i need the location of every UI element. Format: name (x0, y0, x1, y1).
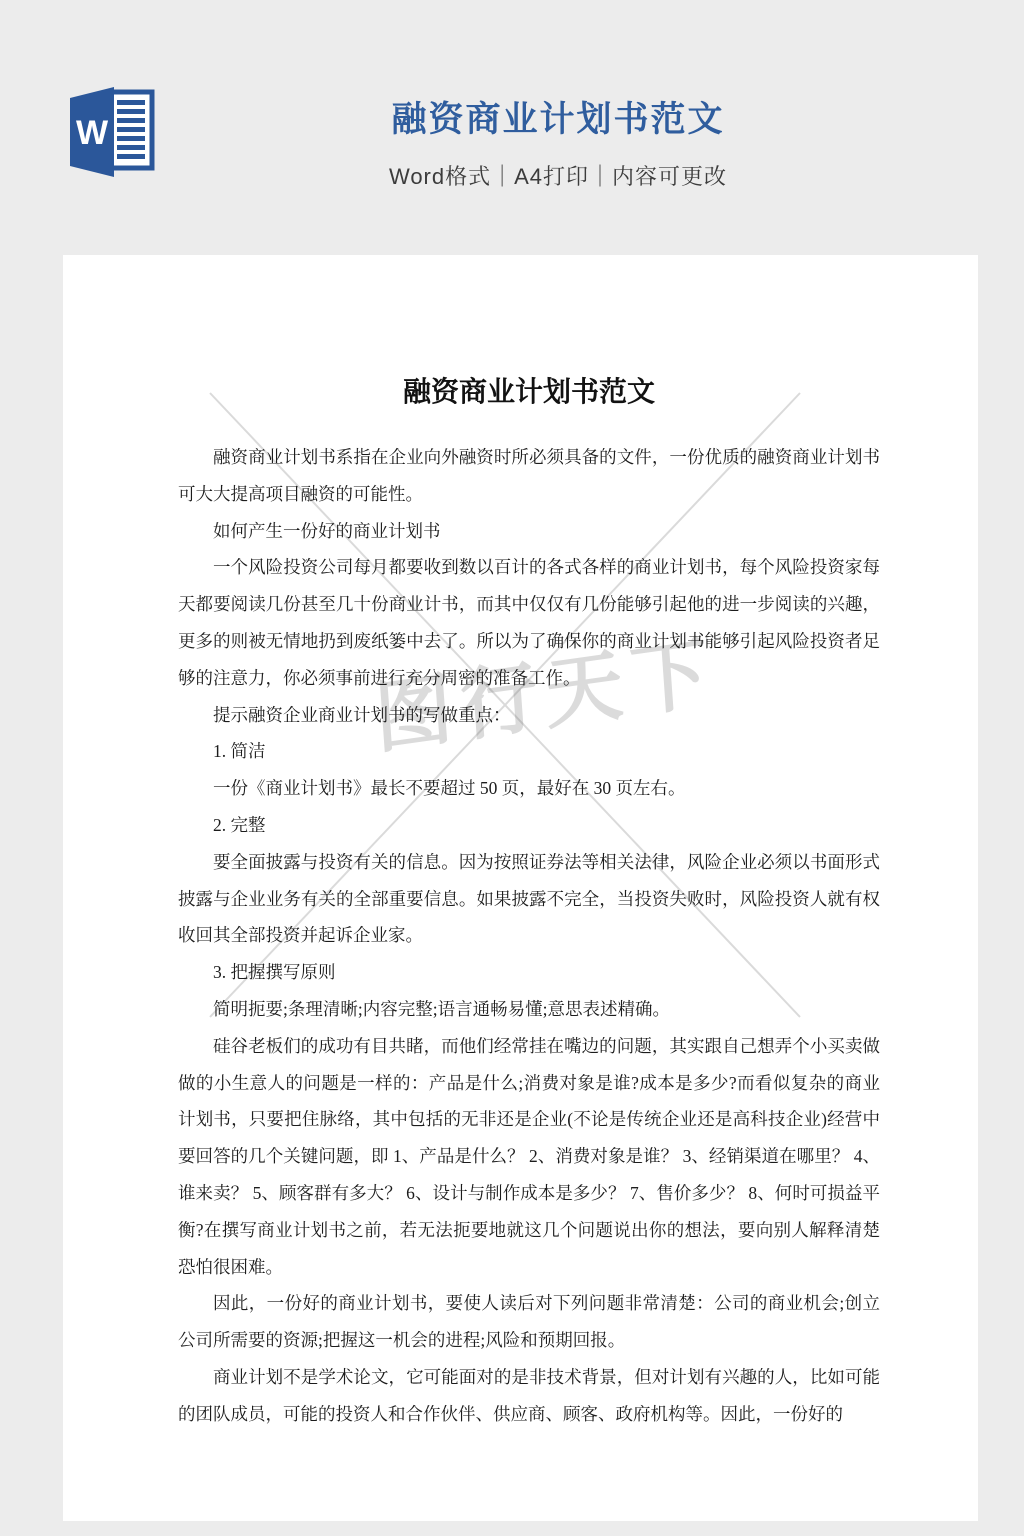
paragraph: 提示融资企业商业计划书的写做重点： (178, 697, 880, 734)
paragraph: 3. 把握撰写原则 (178, 954, 880, 991)
header-subtitle: Word格式｜A4打印｜内容可更改 (46, 160, 1024, 191)
paragraph: 因此，一份好的商业计划书，要使人读后对下列问题非常清楚：公司的商业机会;创立公司… (178, 1285, 880, 1359)
header: W 融资商业计划书范文 Word格式｜A4打印｜内容可更改 (0, 0, 1024, 255)
header-title: 融资商业计划书范文 (46, 92, 1024, 142)
document-body: 融资商业计划书系指在企业向外融资时所必须具备的文件，一份优质的融资商业计划书可大… (178, 439, 880, 1433)
paragraph: 要全面披露与投资有关的信息。因为按照证券法等相关法律，风险企业必须以书面形式披露… (178, 844, 880, 954)
paragraph: 2. 完整 (178, 807, 880, 844)
paragraph: 一份《商业计划书》最长不要超过 50 页，最好在 30 页左右。 (178, 770, 880, 807)
paragraph: 1. 简洁 (178, 733, 880, 770)
page-background: W 融资商业计划书范文 Word格式｜A4打印｜内容可更改 图行天下 融资商业计… (0, 0, 1024, 1536)
paragraph: 一个风险投资公司每月都要收到数以百计的各式各样的商业计划书，每个风险投资家每天都… (178, 549, 880, 696)
paragraph: 融资商业计划书系指在企业向外融资时所必须具备的文件，一份优质的融资商业计划书可大… (178, 439, 880, 513)
document-title: 融资商业计划书范文 (178, 255, 880, 413)
paragraph: 商业计划不是学术论文，它可能面对的是非技术背景，但对计划有兴趣的人，比如可能的团… (178, 1359, 880, 1433)
paragraph: 硅谷老板们的成功有目共睹，而他们经常挂在嘴边的问题，其实跟自己想弄个小买卖做做的… (178, 1028, 880, 1286)
paragraph: 简明扼要;条理清晰;内容完整;语言通畅易懂;意思表述精确。 (178, 991, 880, 1028)
paragraph: 如何产生一份好的商业计划书 (178, 513, 880, 550)
document-page: 图行天下 融资商业计划书范文 融资商业计划书系指在企业向外融资时所必须具备的文件… (63, 255, 978, 1521)
